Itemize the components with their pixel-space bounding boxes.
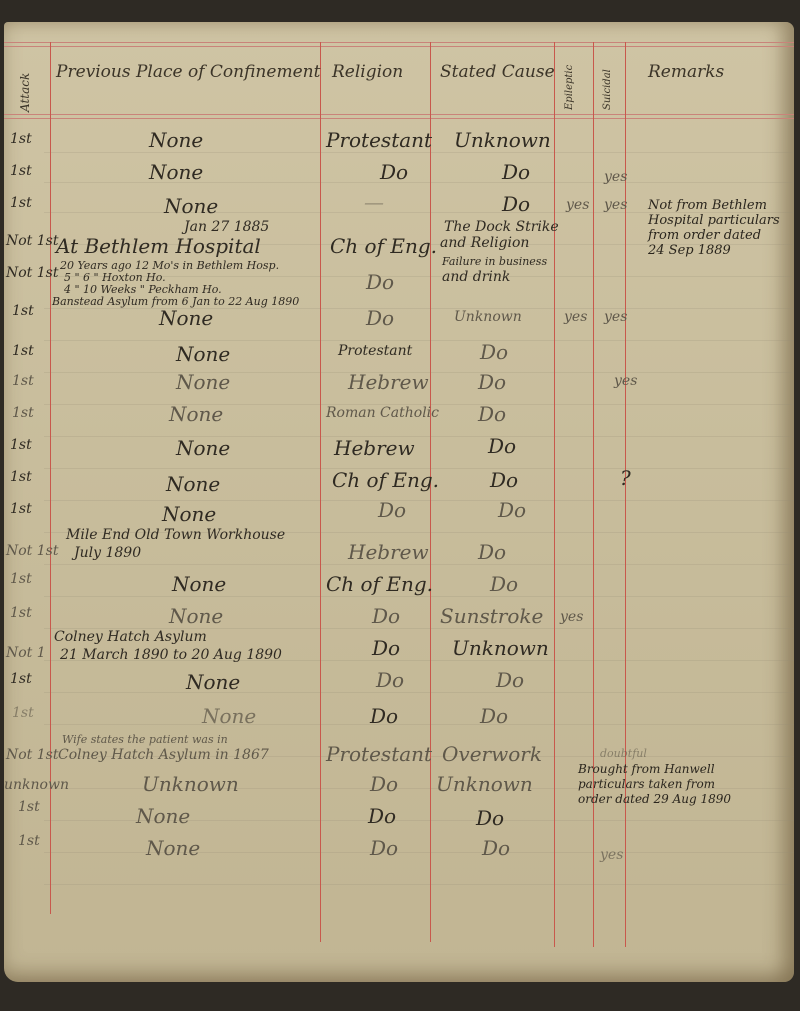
previous-place-line: At Bethlem Hospital [56, 236, 261, 256]
religion-cell: Protestant [326, 130, 432, 150]
suicidal-cell: ? [620, 468, 631, 488]
previous-place-line: Colney Hatch Asylum [54, 630, 207, 644]
previous-place-line: 21 March 1890 to 20 Aug 1890 [60, 648, 282, 662]
stated-cause-cell: Do [480, 342, 508, 362]
stated-cause-cell: Sunstroke [440, 606, 543, 626]
stated-cause-cell: Do [478, 372, 506, 392]
religion-cell: Ch of Eng. [330, 236, 437, 256]
header-suicidal: Suicidal [602, 69, 613, 110]
attack-cell: 1st [10, 606, 32, 620]
previous-place-line: 20 Years ago 12 Mo's in Bethlem Hosp. [60, 260, 279, 271]
stated-cause-cell: Do [478, 542, 506, 562]
religion-cell: Protestant [326, 744, 432, 764]
previous-place-cell: None [172, 574, 226, 594]
attack-cell: 1st [10, 470, 32, 484]
attack-cell: 1st [10, 502, 32, 516]
previous-place-cell: None [169, 606, 223, 626]
religion-cell: Do [368, 806, 396, 826]
header-previous-place: Previous Place of Confinement [56, 62, 320, 82]
attack-cell: 1st [12, 406, 34, 420]
religion-cell: Do [380, 162, 408, 182]
previous-place-cell: None [169, 404, 223, 424]
religion-cell: Do [372, 606, 400, 626]
stated-cause-cell: Do [480, 706, 508, 726]
attack-cell: 1st [18, 834, 40, 848]
religion-cell: Do [370, 706, 398, 726]
religion-cell: Hebrew [348, 542, 429, 562]
religion-cell: Do [370, 774, 398, 794]
religion-cell: Roman Catholic [326, 406, 439, 420]
stated-cause-line: and drink [442, 270, 510, 284]
epileptic-cell: yes [560, 610, 583, 624]
previous-place-cell: None [146, 838, 200, 858]
religion-cell: Do [366, 272, 394, 292]
header-top-rule-2 [4, 46, 794, 47]
previous-place-line: Mile End Old Town Workhouse [66, 528, 285, 542]
attack-cell: 1st [10, 672, 32, 686]
attack-cell: Not 1st [6, 266, 58, 280]
epileptic-cell: yes [566, 198, 589, 212]
previous-place-cell: None [149, 162, 203, 182]
religion-cell: Do [372, 638, 400, 658]
stated-cause-cell: Do [496, 670, 524, 690]
suicidal-cell: yes [614, 374, 637, 388]
attack-cell: 1st [10, 572, 32, 586]
header-religion: Religion [332, 62, 403, 82]
remark-bethlem: Not from Bethlem Hospital particulars fr… [648, 198, 780, 258]
header-top-rule [4, 42, 794, 43]
attack-cell: 1st [10, 438, 32, 452]
previous-place-line: Colney Hatch Asylum in 1867 [58, 748, 269, 762]
attack-cell: 1st [10, 164, 32, 178]
previous-place-cell: None [159, 308, 213, 328]
religion-cell: Do [370, 838, 398, 858]
stated-cause-line: The Dock Strike [444, 220, 559, 234]
religion-cell: Ch of Eng. [326, 574, 433, 594]
religion-cell: Protestant [338, 344, 412, 358]
suicidal-cell: yes [604, 170, 627, 184]
previous-place-cell: None [176, 438, 230, 458]
attack-cell: 1st [12, 304, 34, 318]
stated-cause-cell: Unknown [452, 638, 549, 658]
attack-cell: 1st [12, 706, 34, 720]
stated-cause-line: Failure in business [442, 256, 547, 267]
header-remarks: Remarks [648, 62, 724, 82]
previous-place-cell: None [149, 130, 203, 150]
attack-cell: unknown [4, 778, 69, 792]
suicidal-cell: yes [604, 310, 627, 324]
suicidal-cell: yes [604, 198, 627, 212]
header-bottom-rule [4, 114, 794, 115]
previous-place-cell: None [176, 372, 230, 392]
religion-cell: Do [378, 500, 406, 520]
attack-cell: 1st [10, 132, 32, 146]
previous-place-cell: None [186, 672, 240, 692]
epileptic-cell: yes [564, 310, 587, 324]
previous-place-cell: Unknown [142, 774, 239, 794]
stated-cause-cell: Unknown [454, 130, 551, 150]
previous-place-line: 4 " 10 Weeks " Peckham Ho. [64, 284, 222, 295]
stated-cause-cell: Do [498, 500, 526, 520]
religion-cell: Hebrew [334, 438, 415, 458]
previous-place-cell: None [176, 344, 230, 364]
attack-cell: 1st [12, 374, 34, 388]
attack-cell: Not 1st [6, 748, 58, 762]
attack-cell: Not 1st [6, 234, 58, 248]
previous-place-cell: None [164, 196, 218, 216]
register-page: Attack Previous Place of Confinement Rel… [4, 22, 794, 982]
previous-place-cell: None [136, 806, 190, 826]
stated-cause-cell: Unknown [454, 310, 522, 324]
suicidal-cell: yes [600, 848, 623, 862]
header-epileptic: Epileptic [564, 65, 575, 110]
stated-cause-cell: Do [490, 574, 518, 594]
stated-cause-line: and Religion [440, 236, 529, 250]
previous-place-line: Wife states the patient was in [62, 734, 228, 745]
stated-cause-cell: Do [478, 404, 506, 424]
attack-cell: 1st [18, 800, 40, 814]
header-bottom-rule-2 [4, 118, 794, 119]
religion-cell: — [364, 192, 384, 212]
col-rule-religion [430, 42, 431, 942]
attack-cell: 1st [10, 196, 32, 210]
header-attack: Attack [18, 73, 32, 112]
religion-cell: Do [376, 670, 404, 690]
stated-cause-cell: Do [476, 808, 504, 828]
stated-cause-cell: Do [482, 838, 510, 858]
stated-cause-cell: Unknown [436, 774, 533, 794]
attack-cell: 1st [12, 344, 34, 358]
col-rule-previous [320, 42, 321, 942]
col-rule-cause [554, 42, 555, 947]
previous-place-line: Jan 27 1885 [184, 220, 269, 234]
religion-cell: Ch of Eng. [332, 470, 439, 490]
suicidal-doubtful: doubtful [600, 748, 647, 759]
stated-cause-cell: Overwork [442, 744, 542, 764]
attack-cell: Not 1 [6, 646, 46, 660]
col-rule-epileptic [593, 42, 594, 947]
remark-hanwell: Brought from Hanwell particulars taken f… [578, 762, 731, 807]
religion-cell: Hebrew [348, 372, 429, 392]
stated-cause-cell: Do [502, 162, 530, 182]
religion-cell: Do [366, 308, 394, 328]
stated-cause-cell: Do [490, 470, 518, 490]
previous-place-line: July 1890 [74, 546, 141, 560]
previous-place-line: 5 " 6 " Hoxton Ho. [64, 272, 166, 283]
stated-cause-cell: Do [488, 436, 516, 456]
stated-cause-cell: Do [502, 194, 530, 214]
previous-place-cell: None [162, 504, 216, 524]
attack-cell: Not 1st [6, 544, 58, 558]
previous-place-cell: None [166, 474, 220, 494]
previous-place-cell: None [202, 706, 256, 726]
header-stated-cause: Stated Cause [440, 62, 555, 82]
